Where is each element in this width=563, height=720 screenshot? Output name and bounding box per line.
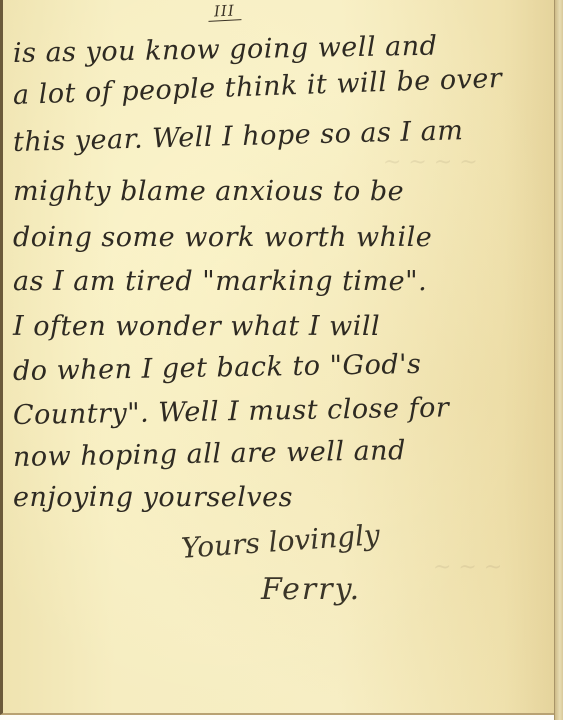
letter-line: mighty blame anxious to be [13, 176, 404, 207]
bleed-through-text: ~ ~ ~ [433, 555, 502, 580]
letter-signature: Ferry. [261, 572, 361, 607]
letter-line: do when I get back to "God's [13, 349, 422, 387]
letter-line: now hoping all are well and [13, 435, 406, 473]
letter-line: is as you know going well and [13, 31, 438, 69]
letter-closing: Yours lovingly [180, 518, 381, 565]
letter-line: doing some work worth while [13, 222, 432, 253]
letter-line: I often wonder what I will [13, 311, 380, 342]
letter-line: a lot of people think it will be over [12, 63, 502, 111]
letter-line: as I am tired "marking time". [13, 266, 427, 297]
page-edge [554, 0, 563, 720]
letter-line: enjoying yourselves [13, 482, 293, 513]
letter-line: Country". Well I must close for [13, 392, 450, 431]
letter-page: ~ ~ ~ ~ ~ ~ ~ III is as you know going w… [0, 0, 560, 715]
page-number: III [208, 1, 242, 22]
bleed-through-text: ~ ~ ~ ~ [383, 150, 478, 175]
